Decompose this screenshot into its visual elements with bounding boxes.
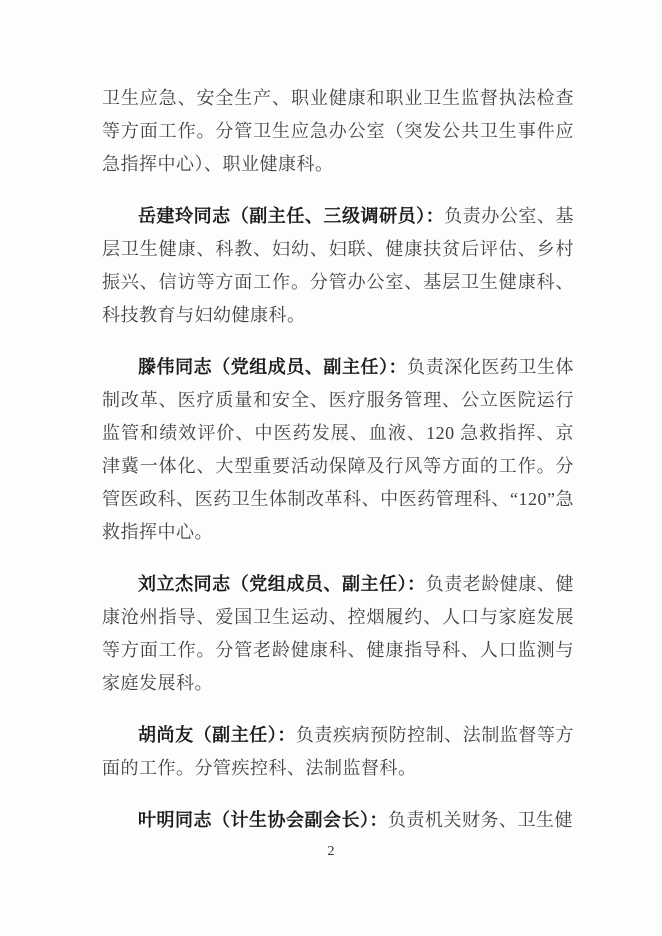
person-title-hu-shangyou: 胡尚友（副主任）： (138, 725, 296, 745)
person-title-teng-wei: 滕伟同志（党组成员、副主任）： (138, 357, 407, 377)
document-body: 卫生应急、安全生产、职业健康和职业卫生监督执法检查等方面工作。分管卫生应急办公室… (102, 82, 574, 856)
page-number: 2 (0, 843, 662, 861)
paragraph-hu-shangyou: 胡尚友（副主任）：负责疾病预防控制、法制监督等方面的工作。分管疾控科、法制监督科… (102, 719, 574, 785)
paragraph-yue-jianling: 岳建玲同志（副主任、三级调研员）：负责办公室、基层卫生健康、科教、妇幼、妇联、健… (102, 200, 574, 332)
person-title-yue-jianling: 岳建玲同志（副主任、三级调研员）： (138, 206, 444, 226)
document-page: 卫生应急、安全生产、职业健康和职业卫生监督执法检查等方面工作。分管卫生应急办公室… (0, 0, 662, 936)
paragraph-teng-wei: 滕伟同志（党组成员、副主任）：负责深化医药卫生体制改革、医疗质量和安全、医疗服务… (102, 351, 574, 549)
person-title-ye-ming: 叶明同志（计生协会副会长）： (138, 810, 388, 830)
paragraph-text: 卫生应急、安全生产、职业健康和职业卫生监督执法检查等方面工作。分管卫生应急办公室… (102, 88, 574, 174)
paragraph-liu-lijie: 刘立杰同志（党组成员、副主任）：负责老龄健康、健康沧州指导、爱国卫生运动、控烟履… (102, 568, 574, 700)
paragraph-continuation: 卫生应急、安全生产、职业健康和职业卫生监督执法检查等方面工作。分管卫生应急办公室… (102, 82, 574, 181)
paragraph-text: 负责深化医药卫生体制改革、医疗质量和安全、医疗服务管理、公立医院运行监管和绩效评… (102, 357, 574, 542)
paragraph-ye-ming: 叶明同志（计生协会副会长）：负责机关财务、卫生健 (102, 804, 574, 837)
person-title-liu-lijie: 刘立杰同志（党组成员、副主任）： (138, 574, 426, 594)
paragraph-text: 负责机关财务、卫生健 (388, 810, 573, 830)
